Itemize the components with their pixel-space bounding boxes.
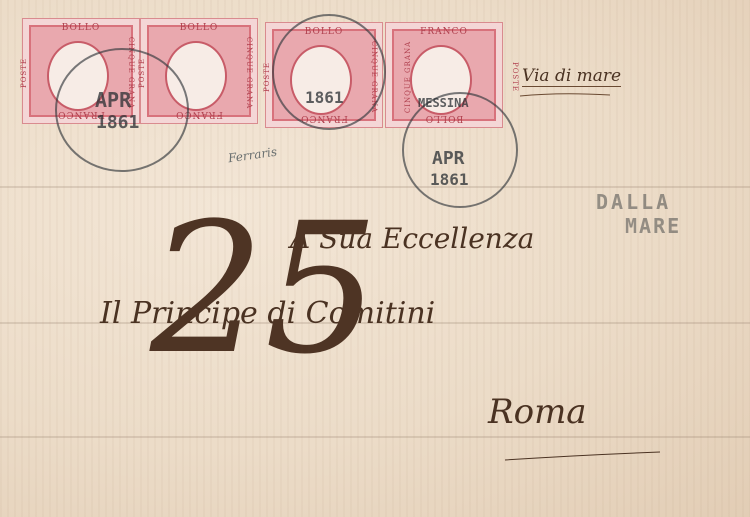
ink-strokes	[0, 0, 750, 517]
postal-cover: BOLLO FRANCO POSTE CINQUE GRANA BOLLO FR…	[0, 0, 750, 517]
